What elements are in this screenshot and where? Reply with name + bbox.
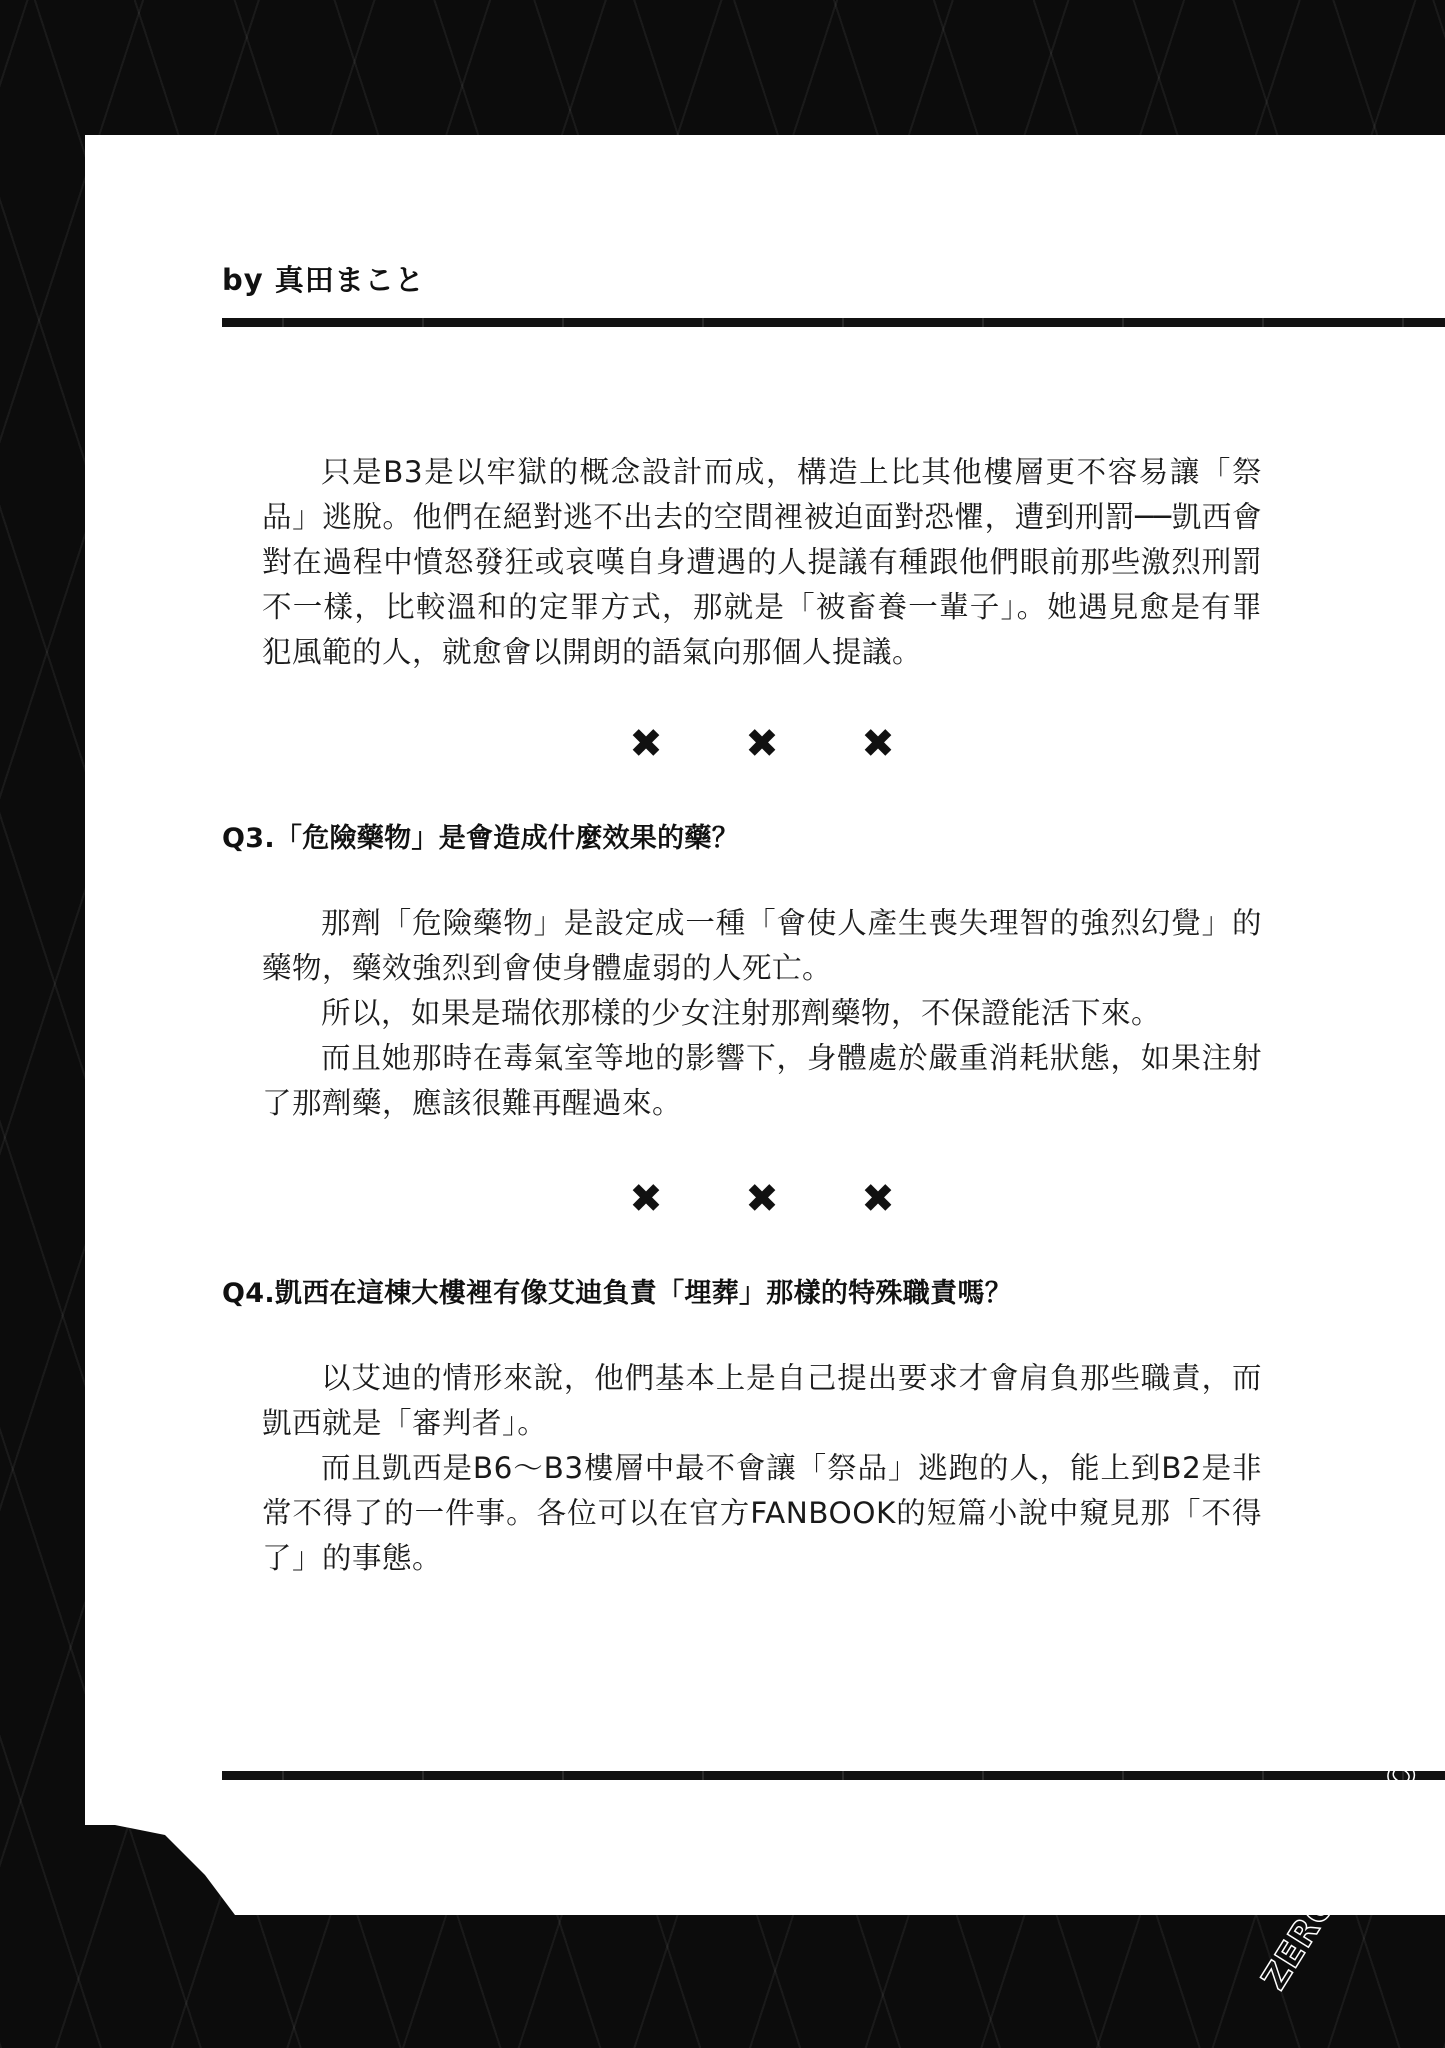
section-separator: ✖ ✖ ✖ xyxy=(262,721,1262,767)
paragraph: 而且凱西是B6～B3樓層中最不會讓「祭品」逃跑的人，能上到B2是非常不得了的一件… xyxy=(262,1446,1262,1581)
question-heading-q4: Q4.凱西在這棟大樓裡有像艾迪負責「埋葬」那樣的特殊職責嗎？ xyxy=(222,1274,1262,1314)
cross-icon: ✖ xyxy=(860,721,896,767)
paragraph: 以艾迪的情形來說，他們基本上是自己提出要求才會肩負那些職責，而凱西就是「審判者」… xyxy=(262,1356,1262,1446)
cross-icon: ✖ xyxy=(860,1176,896,1222)
cross-icon: ✖ xyxy=(744,721,780,767)
top-divider xyxy=(222,318,1445,327)
answer-q3: 那劑「危險藥物」是設定成一種「會使人產生喪失理智的強烈幻覺」的藥物，藥效強烈到會… xyxy=(262,901,1262,1126)
author-byline: by 真田まこと xyxy=(222,258,425,299)
section-separator: ✖ ✖ ✖ xyxy=(262,1176,1262,1222)
article-body: 只是B3是以牢獄的概念設計而成，構造上比其他樓層更不容易讓「祭品」逃脫。他們在絕… xyxy=(262,450,1262,1581)
paragraph: 所以，如果是瑞依那樣的少女注射那劑藥物，不保證能活下來。 xyxy=(262,991,1262,1036)
cross-icon: ✖ xyxy=(744,1176,780,1222)
bottom-divider xyxy=(222,1771,1445,1780)
paragraph: 而且她那時在毒氣室等地的影響下，身體處於嚴重消耗狀態，如果注射了那劑藥，應該很難… xyxy=(262,1036,1262,1126)
cross-icon: ✖ xyxy=(628,1176,664,1222)
paragraph: 那劑「危險藥物」是設定成一種「會使人產生喪失理智的強烈幻覺」的藥物，藥效強烈到會… xyxy=(262,901,1262,991)
question-heading-q3: Q3.「危險藥物」是會造成什麼效果的藥？ xyxy=(222,819,1262,859)
cross-icon: ✖ xyxy=(628,721,664,767)
answer-q4: 以艾迪的情形來說，他們基本上是自己提出要求才會肩負那些職責，而凱西就是「審判者」… xyxy=(262,1356,1262,1581)
paragraph: 只是B3是以牢獄的概念設計而成，構造上比其他樓層更不容易讓「祭品」逃脫。他們在絕… xyxy=(262,450,1262,675)
